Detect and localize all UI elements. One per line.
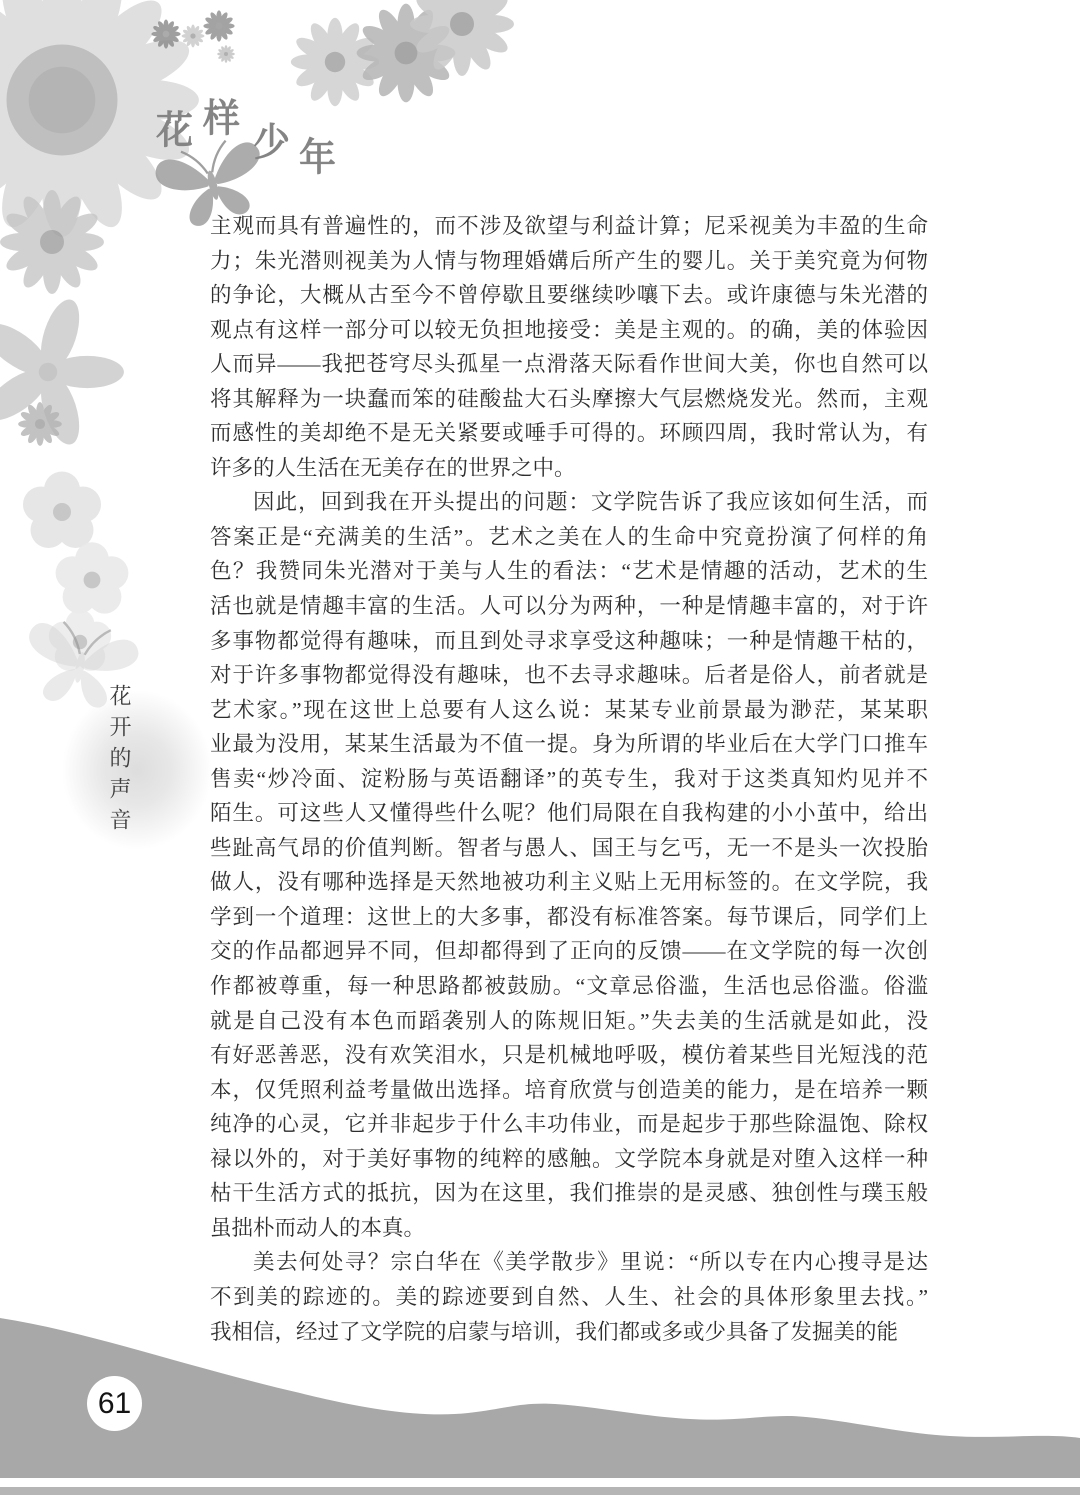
book-page: 花 样 少 年 花开的声音 主观而具有普遍性的，而不涉及欲望与利益计算；尼采视美… <box>0 0 1080 1495</box>
body-text-line: 的争论，大概从古至今不曾停歇且要继续吵嚷下去。或许康德与朱光潜的 <box>210 278 928 313</box>
body-text-line: 美去何处寻？宗白华在《美学散步》里说：“所以专在内心搜寻是达 <box>210 1245 928 1280</box>
logo-char: 花 <box>156 111 193 149</box>
body-text-line: 观点有这样一部分可以较无负担地接受：美是主观的。的确，美的体验因 <box>210 313 928 348</box>
page-bottom-edge <box>0 1487 1080 1495</box>
body-text-line: 交的作品都迥异不同，但却都得到了正向的反馈——在文学院的每一次创 <box>210 934 928 969</box>
body-text-line: 些趾高气昂的价值判断。智者与愚人、国王与乞丐，无一不是头一次投胎 <box>210 831 928 866</box>
body-text-line: 学到一个道理：这世上的大多事，都没有标准答案。每节课后，同学们上 <box>210 900 928 935</box>
body-text-line: 对于许多事物都觉得没有趣味，也不去寻求趣味。后者是俗人，前者就是 <box>210 658 928 693</box>
article-text: 主观而具有普遍性的，而不涉及欲望与利益计算；尼采视美为丰盈的生命力；朱光潜则视美… <box>210 209 928 1349</box>
logo-char: 年 <box>299 138 336 176</box>
side-title-flower-blob <box>62 690 212 850</box>
body-text-line: 售卖“炒冷面、淀粉肠与英语翻译”的英专生，我对于这类真知灼见并不 <box>210 762 928 797</box>
body-text-line: 多事物都觉得有趣味，而且到处寻求享受这种趣味；一种是情趣干枯的， <box>210 624 928 659</box>
body-text-line: 做人，没有哪种选择是天然地被功利主义贴上无用标签的。在文学院，我 <box>210 865 928 900</box>
body-text-line: 艺术家。”现在这世上总要有人这么说：某某专业前景最为渺茫，某某职 <box>210 693 928 728</box>
blossom-icon <box>23 472 101 549</box>
body-text-line: 陌生。可这些人又懂得些什么呢？他们局限在自我构建的小小茧中，给出 <box>210 796 928 831</box>
body-text-line: 不到美的踪迹的。美的踪迹要到自然、人生、社会的具体形象里去找。” <box>210 1280 928 1315</box>
body-text-line: 纯净的心灵，它并非起步于什么丰功伟业，而是起步于那些除温饱、除权 <box>210 1107 928 1142</box>
body-text-line: 许多的人生活在无美存在的世界之中。 <box>210 451 928 486</box>
body-text-line: 业最为没用，某某生活最为不值一提。身为所谓的毕业后在大学门口推车 <box>210 727 928 762</box>
body-text-line: 主观而具有普遍性的，而不涉及欲望与利益计算；尼采视美为丰盈的生命 <box>210 209 928 244</box>
page-number-badge: 61 <box>87 1376 142 1431</box>
body-text-line: 作都被尊重，每一种思路都被鼓励。“文章忌俗滥，生活也忌俗滥。俗滥 <box>210 969 928 1004</box>
body-text-line: 就是自己没有本色而蹈袭别人的陈规旧矩。”失去美的生活就是如此，没 <box>210 1004 928 1039</box>
body-text-line: 而感性的美却绝不是无关紧要或唾手可得的。环顾四周，我时常认为，有 <box>210 416 928 451</box>
body-text-line: 力；朱光潜则视美为人情与物理婚媾后所产生的婴儿。关于美究竟为何物 <box>210 244 928 279</box>
logo-char: 少 <box>253 123 290 161</box>
body-text-line: 将其解释为一块蠢而笨的硅酸盐大石头摩擦大气层燃烧发光。然而，主观 <box>210 382 928 417</box>
blossom-icon <box>56 542 129 613</box>
side-vertical-title: 花开的声音 <box>103 684 134 839</box>
body-text-line: 色？我赞同朱光潜对于美与人生的看法：“艺术是情趣的活动，艺术的生 <box>210 554 928 589</box>
page-number: 61 <box>98 1387 131 1421</box>
body-text-line: 活也就是情趣丰富的生活。人可以分为两种，一种是情趣丰富的，对于许 <box>210 589 928 624</box>
body-text-line: 禄以外的，对于美好事物的纯粹的感触。文学院本身就是对堕入这样一种 <box>210 1142 928 1177</box>
body-text-line: 有好恶善恶，没有欢笑泪水，只是机械地呼吸，模仿着某些目光短浅的范 <box>210 1038 928 1073</box>
logo-char: 样 <box>203 99 240 137</box>
body-text-line: 我相信，经过了文学院的启蒙与培训，我们都或多或少具备了发掘美的能 <box>210 1315 928 1350</box>
body-text-line: 因此，回到我在开头提出的问题：文学院告诉了我应该如何生活，而 <box>210 485 928 520</box>
body-text-line: 答案正是“充满美的生活”。艺术之美在人的生命中究竟扮演了何样的角 <box>210 520 928 555</box>
body-text-line: 虽拙朴而动人的本真。 <box>210 1211 928 1246</box>
body-text-line: 枯干生活方式的抵抗，因为在这里，我们推崇的是灵感、独创性与璞玉般 <box>210 1176 928 1211</box>
body-text-line: 人而异——我把苍穹尽头孤星一点滑落天际看作世间大美，你也自然可以 <box>210 347 928 382</box>
body-text-line: 本，仅凭照利益考量做出选择。培育欣赏与创造美的能力，是在培养一颗 <box>210 1073 928 1108</box>
daisy-icon <box>203 10 234 41</box>
daisy-icon <box>217 45 235 63</box>
